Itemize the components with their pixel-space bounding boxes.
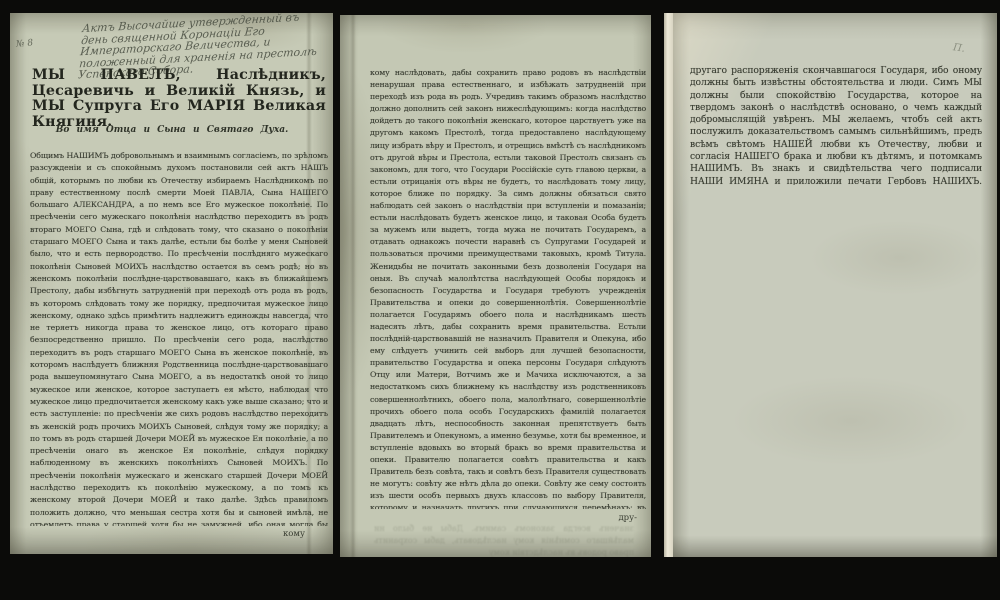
paper-crease [350,15,356,557]
catchword: кому [283,529,305,539]
handwritten-number-mark: № 8 [16,38,34,50]
document-scan: № 8 Актъ Высочайше утвержденный въ день … [0,0,1000,600]
act-heading: МЫ ПАВЕЛЪ, Наслѣдникъ, Цесаревичь и Вели… [32,68,326,130]
body-text-right-page: другаго распоряженія скончавшагося Госуд… [690,65,982,185]
scan-page-right: П. другаго распоряженія скончавшагося Го… [673,13,997,557]
body-text-left-page: Общимъ НАШИМЪ добровольнымъ и взаимнымъ … [30,150,328,526]
page-edge-strip [664,13,673,557]
body-text-middle-page: кому наслѣдовать, дабы сохранить право р… [370,67,646,509]
handwritten-corner-mark: П. [952,42,965,55]
scan-page-left: № 8 Актъ Высочайше утвержденный въ день … [10,13,333,554]
ink-bleedthrough-text: значенъ всегда закономъ самимъ. Дабы не … [374,523,634,557]
scan-page-middle: кому наслѣдовать, дабы сохранить право р… [340,15,651,557]
invocation-line: Во имя Отца и Сына и Святаго Духа. [32,125,312,135]
catchword: дру- [618,513,637,523]
